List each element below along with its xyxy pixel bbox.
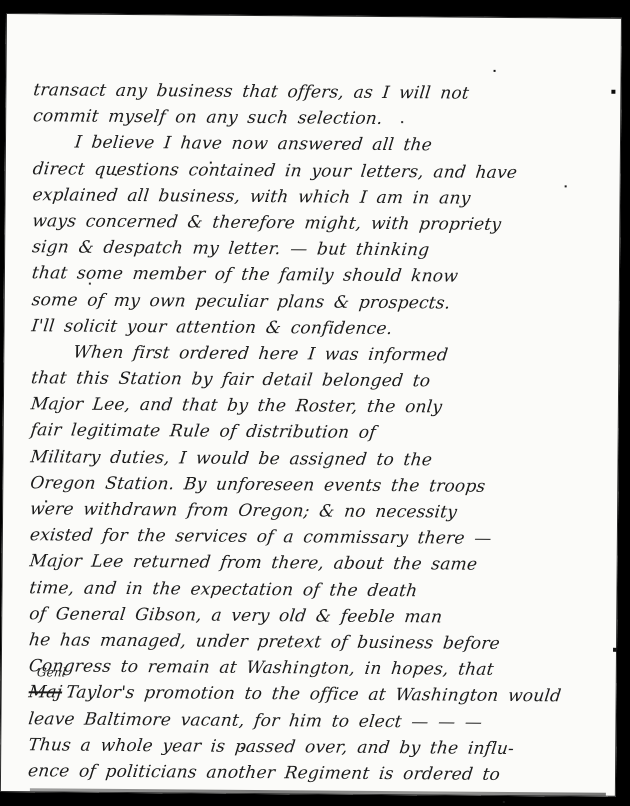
inline-correction: GenlMaj [27, 680, 63, 706]
letter-line: leave Baltimore vacant, for him to elect… [27, 706, 604, 737]
letter-line: direct questions contained in your lette… [31, 156, 608, 187]
letter-line: I believe I have now answered all the [32, 130, 609, 161]
scan-noise [210, 162, 212, 164]
letter-line: that some member of the family should kn… [30, 261, 607, 292]
paper-edge-shadow [30, 788, 606, 796]
letter-line: Major Lee returned from there, about the… [28, 549, 605, 580]
letter-lines: transact any business that offers, as I … [0, 13, 622, 789]
letter-line: GenlMajTaylor's promotion to the office … [27, 680, 604, 711]
struck-word: Maj [28, 683, 64, 703]
letter-line: some of my own peculiar plans & prospect… [30, 287, 607, 318]
letter-line: ence of politicians another Regiment is … [27, 758, 604, 789]
inserted-word: Genl [36, 667, 66, 679]
scan-frame: transact any business that offers, as I … [0, 0, 630, 806]
letter-line: time, and in the expectation of the deat… [28, 575, 605, 606]
letter-line: fair legitimate Rule of distribution of [29, 418, 606, 449]
letter-page: transact any business that offers, as I … [0, 13, 622, 797]
